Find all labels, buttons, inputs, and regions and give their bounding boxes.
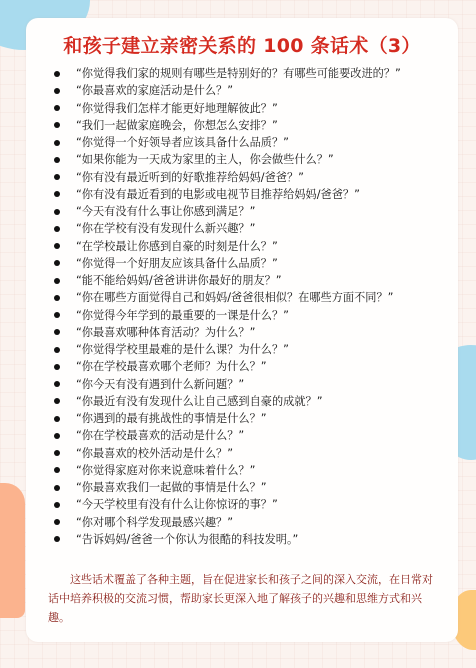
list-item-text: “你觉得我们家的规则有哪些是特别好的？有哪些可能要改进的？”	[76, 67, 401, 80]
bullet-icon	[54, 157, 60, 163]
list-item: “在学校最让你感到自豪的时刻是什么？”	[54, 238, 401, 255]
list-item-text: “你在哪些方面觉得自己和妈妈/爸爸很相似？在哪些方面不同？”	[76, 291, 393, 304]
bullet-icon	[54, 140, 60, 146]
bullet-icon	[54, 88, 60, 94]
list-item-text: “我们一起做家庭晚会，你想怎么安排？”	[76, 119, 278, 132]
bullet-icon	[54, 329, 60, 335]
list-item: “你觉得今年学到的最重要的一课是什么？”	[54, 307, 401, 324]
list-item-text: “能不能给妈妈/爸爸讲讲你最好的朋友？”	[76, 274, 282, 287]
list-item-text: “你最喜欢的家庭活动是什么？”	[76, 84, 233, 97]
list-item: “你在学校最喜欢哪个老师？为什么？”	[54, 358, 401, 375]
list-item: “我们一起做家庭晚会，你想怎么安排？”	[54, 117, 401, 134]
bullet-icon	[54, 536, 60, 542]
list-item-text: “你觉得今年学到的最重要的一课是什么？”	[76, 309, 289, 322]
bullet-icon	[54, 278, 60, 284]
list-item: “你遇到的最有挑战性的事情是什么？”	[54, 410, 401, 427]
phrase-list: “你觉得我们家的规则有哪些是特别好的？有哪些可能要改进的？”“你最喜欢的家庭活动…	[54, 65, 401, 548]
list-item-text: “你在学校最喜欢哪个老师？为什么？”	[76, 360, 267, 373]
list-item: “能不能给妈妈/爸爸讲讲你最好的朋友？”	[54, 272, 401, 289]
bullet-icon	[54, 364, 60, 370]
list-item-text: “你有没有最近看到的电影或电视节目推荐给妈妈/爸爸？”	[76, 188, 360, 201]
list-item: “你在学校有没有发现什么新兴趣？”	[54, 220, 401, 237]
list-item-text: “你最喜欢我们一起做的事情是什么？”	[76, 481, 267, 494]
list-item-text: “你觉得我们怎样才能更好地理解彼此？”	[76, 102, 278, 115]
bullet-icon	[54, 295, 60, 301]
bullet-icon	[54, 209, 60, 215]
list-item-text: “你觉得一个好朋友应该具备什么品质？”	[76, 257, 278, 270]
list-item: “你最喜欢的家庭活动是什么？”	[54, 82, 401, 99]
content-card: 和孩子建立亲密关系的 100 条话术（3） “你觉得我们家的规则有哪些是特别好的…	[26, 18, 458, 642]
summary-paragraph: 这些话术覆盖了各种主题，旨在促进家长和孩子之间的深入交流，在日常对话中培养积极的…	[48, 570, 438, 627]
list-item-text: “你遇到的最有挑战性的事情是什么？”	[76, 412, 267, 425]
list-item: “你今天有没有遇到什么新问题？”	[54, 376, 401, 393]
list-item: “你在哪些方面觉得自己和妈妈/爸爸很相似？在哪些方面不同？”	[54, 289, 401, 306]
bullet-icon	[54, 226, 60, 232]
list-item: “你在学校最喜欢的活动是什么？”	[54, 427, 401, 444]
bullet-icon	[54, 312, 60, 318]
list-item: “如果你能为一天成为家里的主人，你会做些什么？”	[54, 151, 401, 168]
list-item-text: “如果你能为一天成为家里的主人，你会做些什么？”	[76, 153, 334, 166]
list-item: “你最近有没有发现什么让自己感到自豪的成就？”	[54, 393, 401, 410]
list-item: “你有没有最近看到的电影或电视节目推荐给妈妈/爸爸？”	[54, 186, 401, 203]
bullet-icon	[54, 381, 60, 387]
bullet-icon	[54, 467, 60, 473]
list-item-text: “你在学校最喜欢的活动是什么？”	[76, 429, 244, 442]
list-item: “你对哪个科学发现最感兴趣？”	[54, 514, 401, 531]
list-item: “你觉得一个好领导者应该具备什么品质？”	[54, 134, 401, 151]
list-item: “你觉得我们怎样才能更好地理解彼此？”	[54, 100, 401, 117]
list-item: “你觉得家庭对你来说意味着什么？”	[54, 462, 401, 479]
list-item: “你最喜欢的校外活动是什么？”	[54, 445, 401, 462]
list-item-text: “你对哪个科学发现最感兴趣？”	[76, 516, 233, 529]
bullet-icon	[54, 71, 60, 77]
list-item: “你觉得一个好朋友应该具备什么品质？”	[54, 255, 401, 272]
list-item: “今天学校里有没有什么让你惊讶的事？”	[54, 496, 401, 513]
list-item-text: “你最喜欢哪种体育活动？为什么？”	[76, 326, 255, 339]
list-item: “你最喜欢我们一起做的事情是什么？”	[54, 479, 401, 496]
list-item: “你觉得我们家的规则有哪些是特别好的？有哪些可能要改进的？”	[54, 65, 401, 82]
bullet-icon	[54, 450, 60, 456]
list-item-text: “今天学校里有没有什么让你惊讶的事？”	[76, 498, 278, 511]
decorative-orange-blob	[0, 483, 25, 618]
list-item-text: “你最近有没有发现什么让自己感到自豪的成就？”	[76, 395, 323, 408]
list-item-text: “你有没有最近听到的好歌推荐给妈妈/爸爸？”	[76, 171, 304, 184]
list-item: “你觉得学校里最难的是什么课？为什么？”	[54, 341, 401, 358]
list-item-text: “在学校最让你感到自豪的时刻是什么？”	[76, 240, 278, 253]
list-item-text: “你在学校有没有发现什么新兴趣？”	[76, 222, 255, 235]
bullet-icon	[54, 519, 60, 525]
bullet-icon	[54, 243, 60, 249]
bullet-icon	[54, 502, 60, 508]
page-title: 和孩子建立亲密关系的 100 条话术（3）	[26, 31, 458, 58]
list-item-text: “告诉妈妈/爸爸一个你认为很酷的科技发明。”	[76, 533, 298, 546]
bullet-icon	[54, 398, 60, 404]
bullet-icon	[54, 105, 60, 111]
bullet-icon	[54, 347, 60, 353]
bullet-icon	[54, 260, 60, 266]
list-item: “你有没有最近听到的好歌推荐给妈妈/爸爸？”	[54, 169, 401, 186]
bullet-icon	[54, 122, 60, 128]
bullet-icon	[54, 485, 60, 491]
list-item-text: “今天有没有什么事让你感到满足？”	[76, 205, 255, 218]
list-item-text: “你觉得家庭对你来说意味着什么？”	[76, 464, 255, 477]
list-item-text: “你最喜欢的校外活动是什么？”	[76, 447, 233, 460]
list-item: “你最喜欢哪种体育活动？为什么？”	[54, 324, 401, 341]
list-item-text: “你觉得一个好领导者应该具备什么品质？”	[76, 136, 289, 149]
list-item: “告诉妈妈/爸爸一个你认为很酷的科技发明。”	[54, 531, 401, 548]
bullet-icon	[54, 191, 60, 197]
list-item: “今天有没有什么事让你感到满足？”	[54, 203, 401, 220]
bullet-icon	[54, 416, 60, 422]
bullet-icon	[54, 433, 60, 439]
list-item-text: “你觉得学校里最难的是什么课？为什么？”	[76, 343, 289, 356]
bullet-icon	[54, 174, 60, 180]
list-item-text: “你今天有没有遇到什么新问题？”	[76, 378, 244, 391]
